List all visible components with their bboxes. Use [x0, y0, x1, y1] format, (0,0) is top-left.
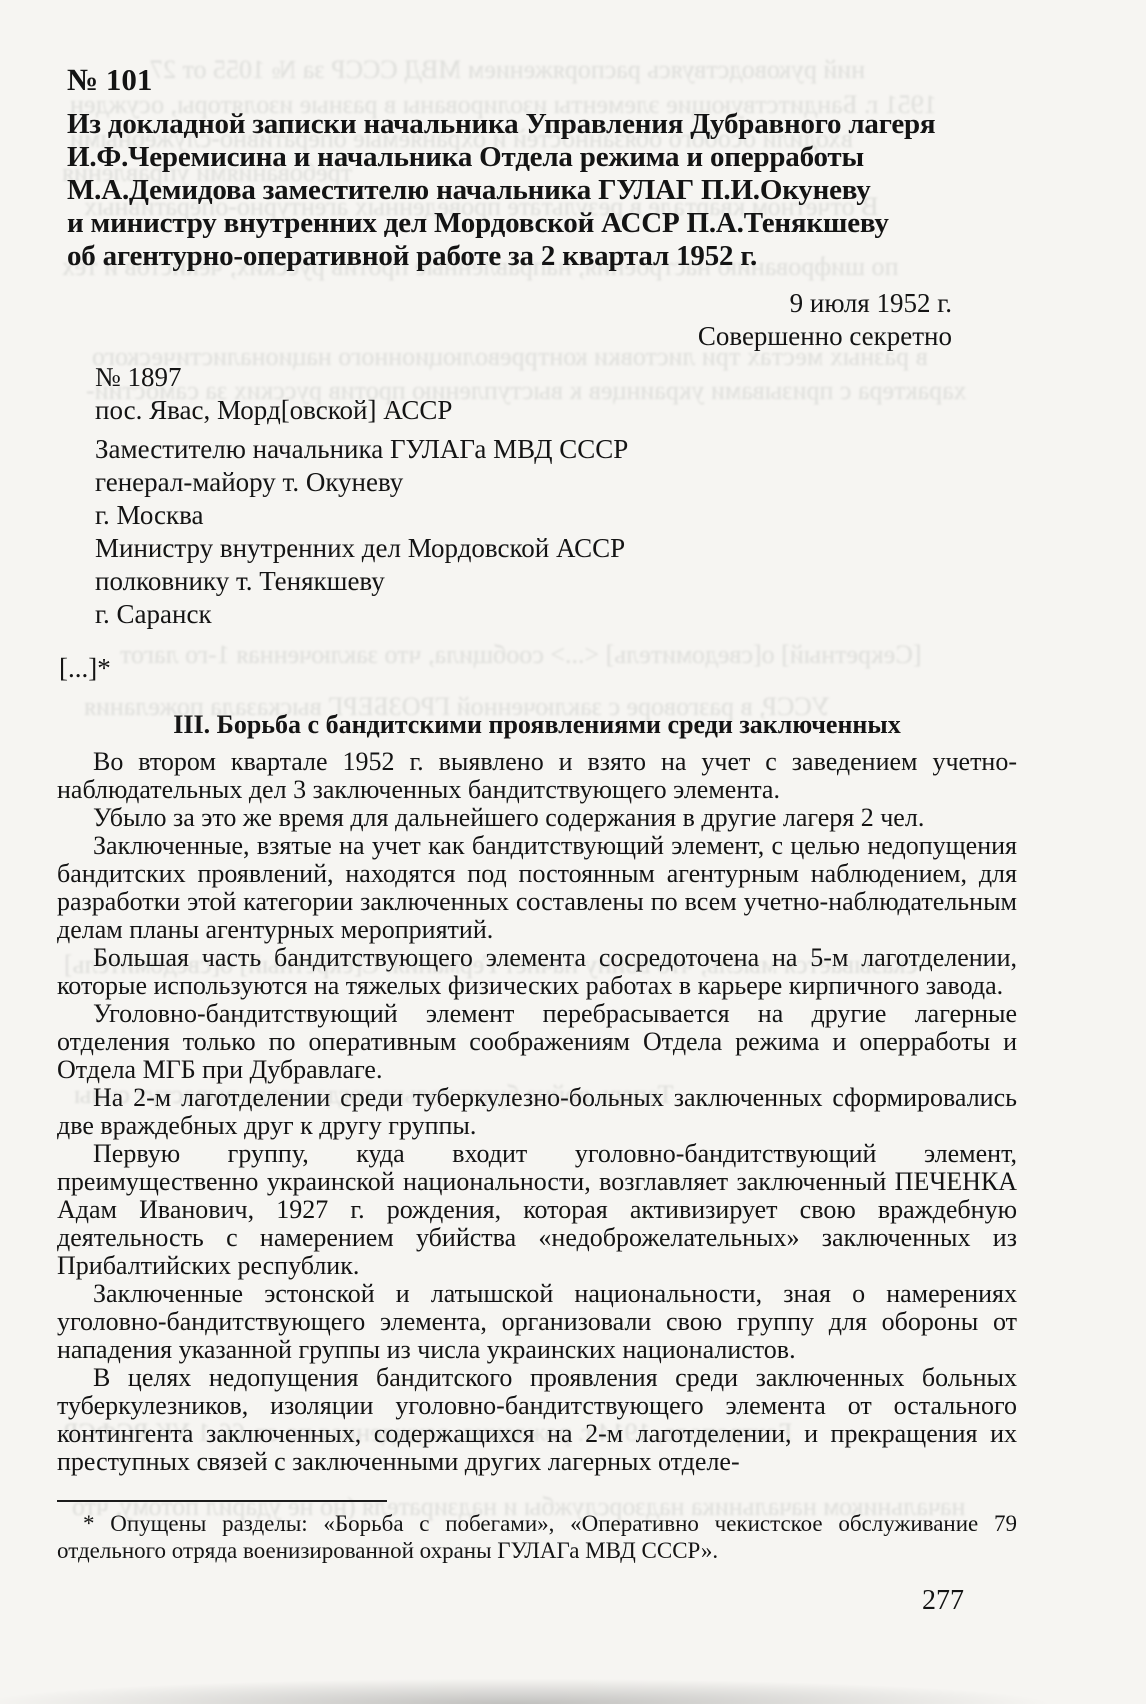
- addressee-line: г. Саранск: [95, 598, 1017, 631]
- addressee-line: полковнику т. Тенякшеву: [95, 565, 1017, 598]
- paragraph: Первую группу, куда входит уголовно-банд…: [57, 1140, 1017, 1280]
- paragraph: Большая часть бандитствующего элемента с…: [57, 944, 1017, 1000]
- title-line: и министру внутренних дел Мордовской АСС…: [67, 207, 1017, 240]
- title-line: об агентурно-оперативной работе за 2 ква…: [67, 240, 1017, 273]
- addressee-line: Министру внутренних дел Мордовской АССР: [95, 532, 1017, 565]
- scanned-document-page: ний руководствуясь распоряжением МВД ССС…: [0, 0, 1146, 1704]
- outgoing-number: № 1897: [95, 361, 1017, 394]
- omission-mark: [...]*: [59, 653, 1017, 684]
- paragraph: Заключенные, взятые на учет как бандитст…: [57, 832, 1017, 944]
- title-line: Из докладной записки начальника Управлен…: [67, 108, 1017, 141]
- document-title: Из докладной записки начальника Управлен…: [67, 108, 1017, 273]
- classification-stamp: Совершенно секретно: [57, 320, 952, 353]
- document-date: 9 июля 1952 г.: [57, 287, 952, 320]
- place-line: пос. Явас, Морд[овской] АССР: [95, 394, 1017, 427]
- footnote-area: * Опущены разделы: «Борьба с побегами», …: [57, 1500, 1017, 1564]
- section-heading: III. Борьба с бандитскими проявлениями с…: [57, 710, 1017, 740]
- title-line: М.А.Демидова заместителю начальника ГУЛА…: [67, 174, 1017, 207]
- paragraph: Во втором квартале 1952 г. выявлено и вз…: [57, 748, 1017, 804]
- reference-block: № 1897 пос. Явас, Морд[овской] АССР: [95, 361, 1017, 427]
- addressee-block-tenyakshev: Министру внутренних дел Мордовской АССР …: [95, 532, 1017, 631]
- addressee-line: Заместителю начальника ГУЛАГа МВД СССР: [95, 433, 1017, 466]
- footnote-rule: [57, 1500, 387, 1502]
- date-block: 9 июля 1952 г. Совершенно секретно: [57, 287, 1017, 353]
- paragraph: Заключенные эстонской и латышской национ…: [57, 1280, 1017, 1364]
- doc-number: № 101: [67, 62, 1017, 98]
- addressee-line: генерал-майору т. Окуневу: [95, 466, 1017, 499]
- title-line: И.Ф.Черемисина и начальника Отдела режим…: [67, 141, 1017, 174]
- page-number: 277: [922, 1585, 964, 1617]
- paragraph: Убыло за это же время для дальнейшего со…: [57, 804, 1017, 832]
- document-body: № 101 Из докладной записки начальника Уп…: [57, 62, 1017, 1476]
- addressee-block-okunev: Заместителю начальника ГУЛАГа МВД СССР г…: [95, 433, 1017, 532]
- footnote-text: * Опущены разделы: «Борьба с побегами», …: [57, 1510, 1017, 1564]
- paragraph: На 2-м лаготделении среди туберкулезно-б…: [57, 1084, 1017, 1140]
- paragraph: Уголовно-бандитствующий элемент перебрас…: [57, 1000, 1017, 1084]
- paragraph: В целях недопущения бандитского проявлен…: [57, 1364, 1017, 1476]
- addressee-line: г. Москва: [95, 499, 1017, 532]
